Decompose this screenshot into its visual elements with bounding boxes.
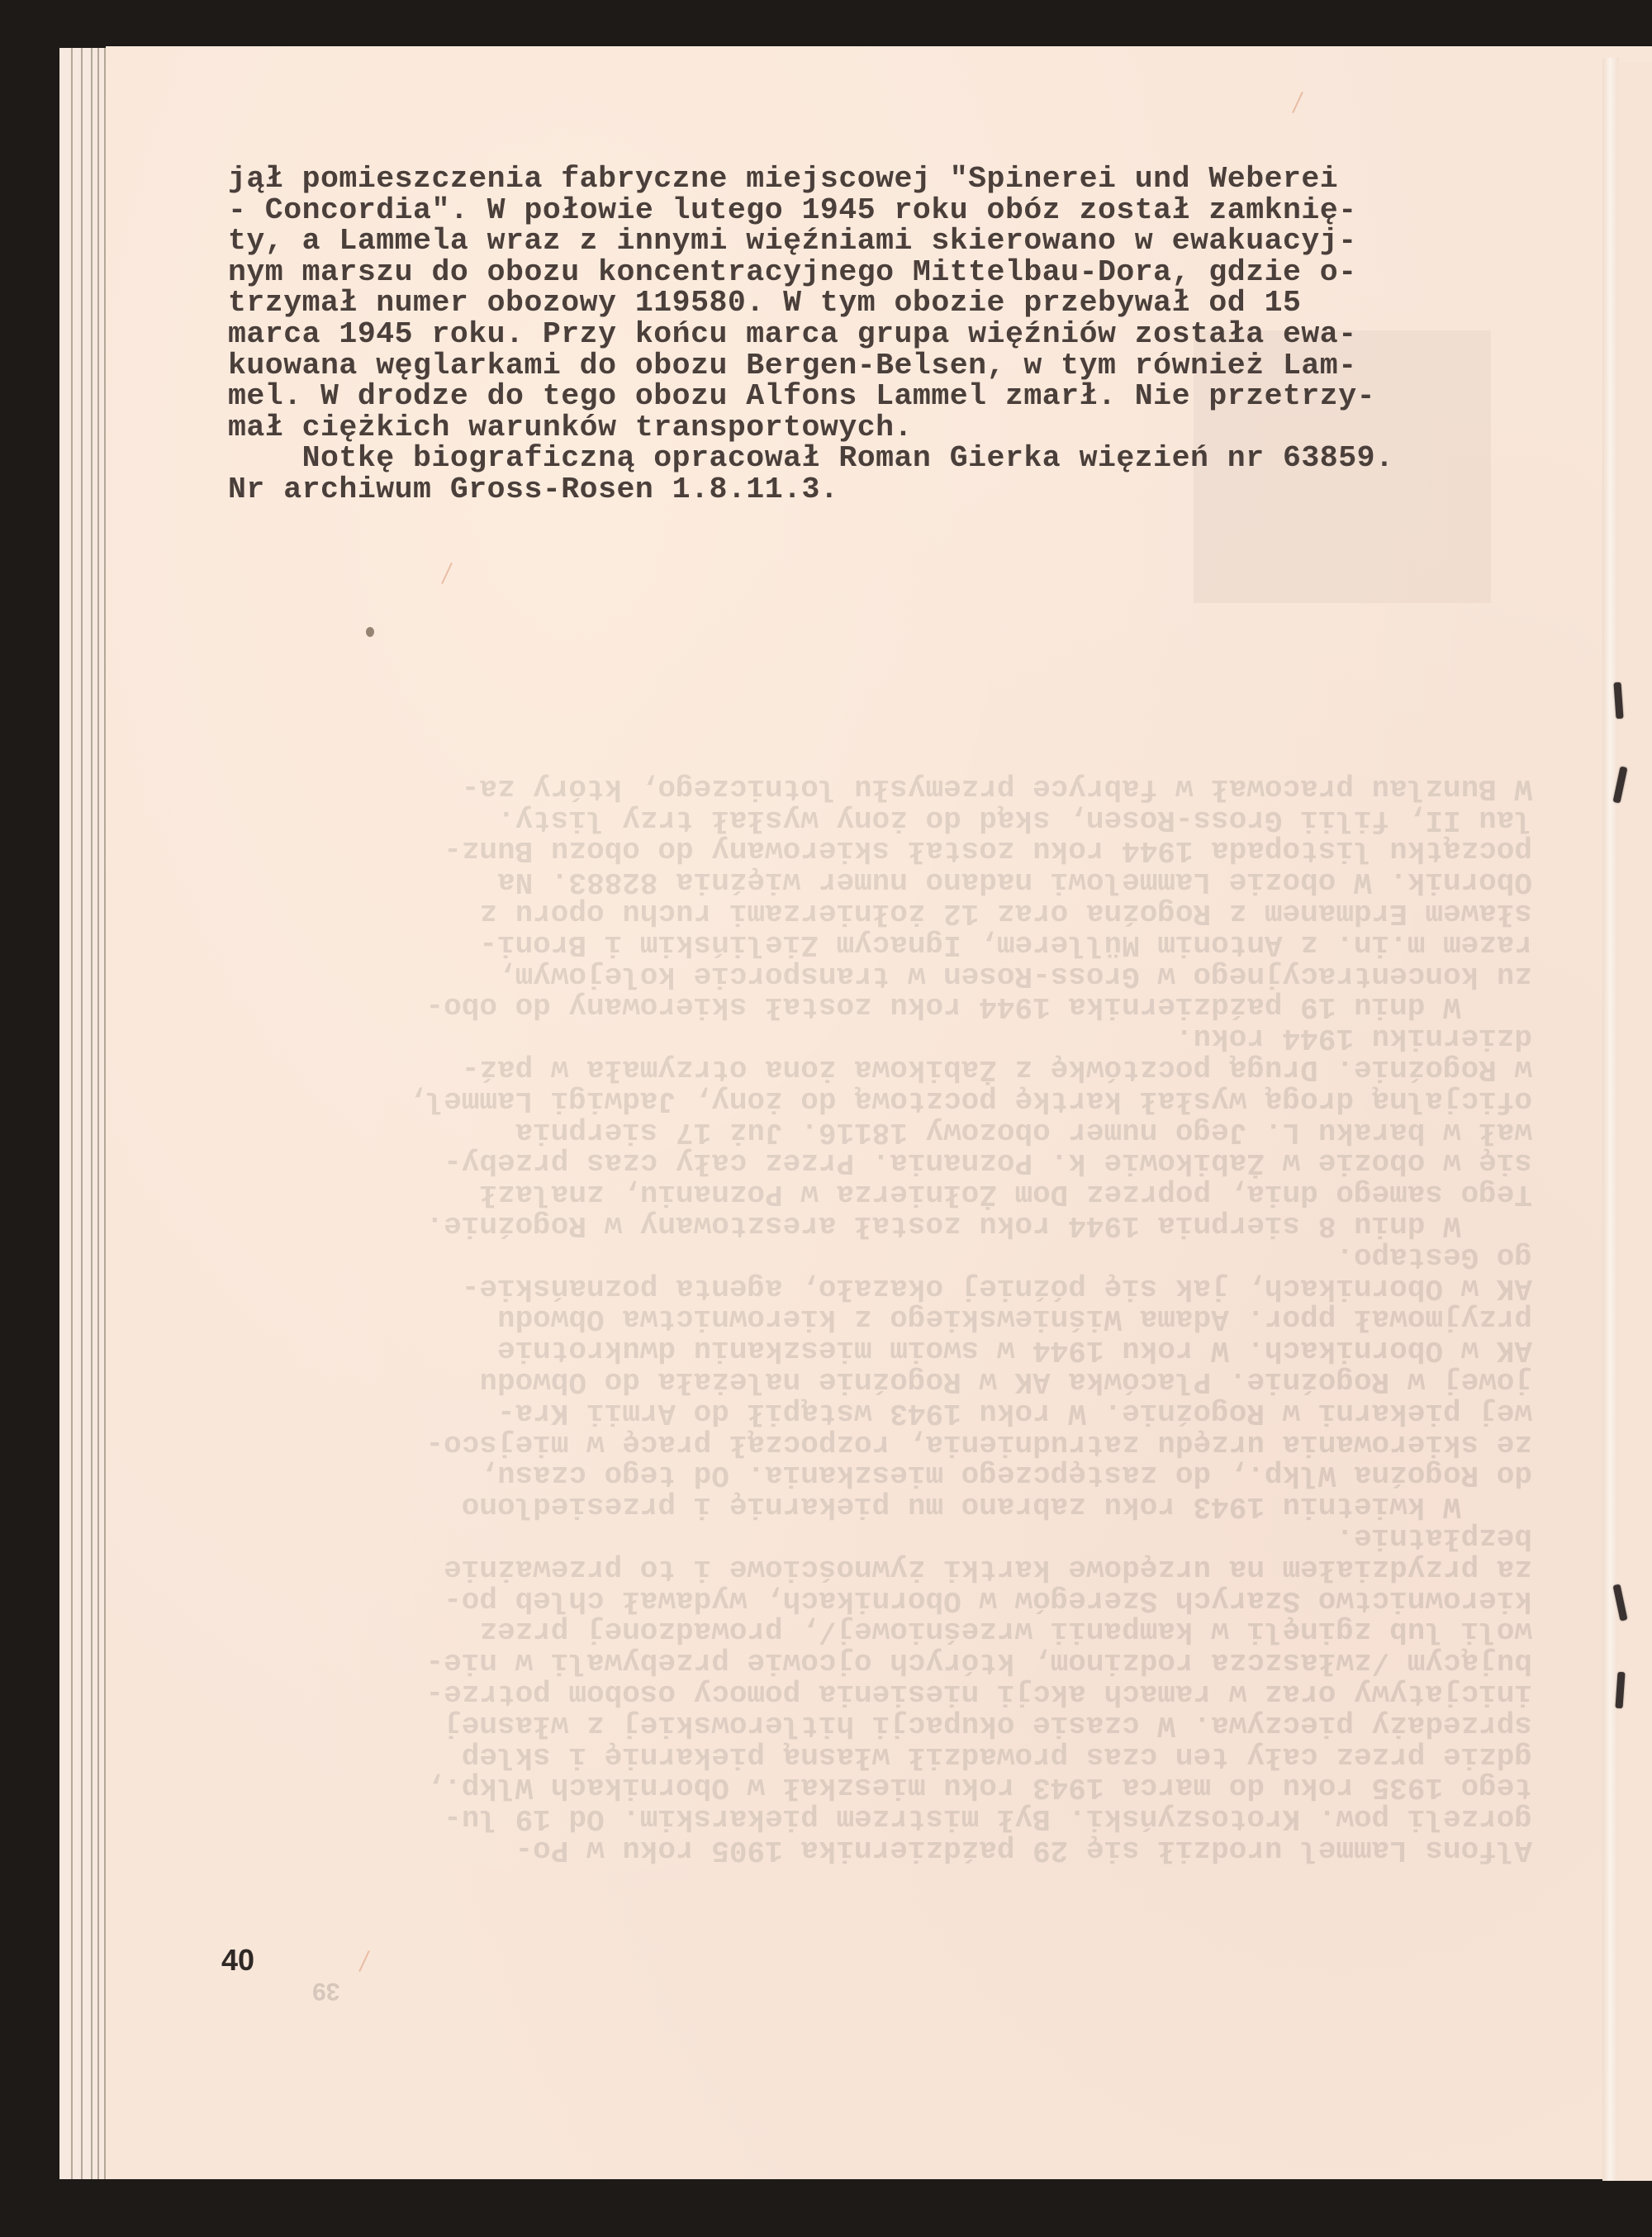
bleed-through-line: początku listopada 1944 roku został skie… <box>219 835 1532 867</box>
text-line: ty, a Lammela wraz z innymi więźniami sk… <box>228 226 1517 257</box>
bleed-through-line: za przydziałem na urzędowe kartki żywnoś… <box>219 1553 1532 1584</box>
bleed-through-line: W dniu 19 października 1944 roku został … <box>219 991 1532 1023</box>
ink-speck <box>366 627 374 637</box>
bleed-through-line: lau II, filii Gross-Rosen, skąd do żony … <box>219 804 1532 835</box>
bleed-through-line: go Gestapo. <box>219 1241 1532 1272</box>
bleed-through-line: bezpłatnie. <box>219 1522 1532 1553</box>
book-spine-gutter <box>1602 58 1619 2181</box>
text-line: nym marszu do obozu koncentracyjnego Mit… <box>228 257 1517 288</box>
bleed-through-line: jowej w Rogoźnie. Placówka AK w Rogoźnie… <box>219 1365 1532 1397</box>
scanned-document: Alfons Lammel urodził się 29 październik… <box>0 0 1652 2237</box>
bleed-through-line: Tego samego dnia, poprzez Dom Żołnierza … <box>219 1178 1532 1209</box>
bleed-through-text: Alfons Lammel urodził się 29 październik… <box>219 772 1532 1865</box>
bleed-through-line: woli lub zginęli w kampanii wrześniowej/… <box>219 1616 1532 1647</box>
document-body: jął pomieszczenia fabryczne miejscowej "… <box>228 164 1517 506</box>
bleed-through-line: bującym /zwłaszcza rodzinom, których ojc… <box>219 1646 1532 1678</box>
bleed-through-line: AK w Obornikach, jak się później okazało… <box>219 1272 1532 1304</box>
bleed-through-line: sprzedaży pieczywa. W czasie okupacji hi… <box>219 1709 1532 1741</box>
bleed-through-line: w Rogoźnie. Drugą pocztówkę z Żabikowa ż… <box>219 1053 1532 1085</box>
bleed-through-line: do Rogoźna Wlkp., do zastępczego mieszka… <box>219 1460 1532 1491</box>
bleed-through-line: przyjmował ppor. Adama Wiśniewskiego z k… <box>219 1304 1532 1335</box>
bleed-through-line: sławem Erdmanem z Rogoźna oraz 12 żołnie… <box>219 897 1532 929</box>
facing-page-edge <box>1617 63 1652 2181</box>
text-line: Notkę biograficzną opracował Roman Gierk… <box>228 443 1517 474</box>
page-edge-line <box>81 48 83 2179</box>
bleed-through-line: W kwietniu 1943 roku zabrano mu piekarni… <box>219 1490 1532 1522</box>
bleed-through-line: dzierniku 1944 roku. <box>219 1022 1532 1053</box>
bleed-through-line: kierownictwo Szarych Szeregów w Obornika… <box>219 1584 1532 1616</box>
bleed-through-line: inicjatywy oraz w ramach akcji niesienia… <box>219 1678 1532 1709</box>
text-line: kuowana węglarkami do obozu Bergen-Belse… <box>228 350 1517 382</box>
ghost-page-number: 39 <box>312 1977 339 2005</box>
bleed-through-line: razem m.in. z Antonim Müllerem, Ignacym … <box>219 929 1532 960</box>
bleed-through-line: wej piekarni w Rogoźnie. W roku 1943 wst… <box>219 1397 1532 1428</box>
bleed-through-line: gorzeli pow. Krotoszyński. Był mistrzem … <box>219 1802 1532 1834</box>
page-stack-edge <box>59 48 109 2179</box>
text-line: trzymał numer obozowy 119580. W tym oboz… <box>228 287 1517 319</box>
text-line: - Concordia". W połowie lutego 1945 roku… <box>228 195 1517 226</box>
text-line: marca 1945 roku. Przy końcu marca grupa … <box>228 319 1517 350</box>
bleed-through-line: W Bunzlau pracował w fabryce przemysłu l… <box>219 772 1532 804</box>
page-number: 40 <box>221 1943 254 1978</box>
bleed-through-line: wał w baraku L. Jego numer obozowy 18116… <box>219 1116 1532 1147</box>
bleed-through-line: tego 1935 roku do marca 1943 roku mieszk… <box>219 1772 1532 1803</box>
bleed-through-line: Alfons Lammel urodził się 29 październik… <box>219 1834 1532 1865</box>
page-edge-line <box>97 48 99 2179</box>
bleed-through-line: ze skierowania urzędu zatrudnienia, rozp… <box>219 1428 1532 1460</box>
text-line: mel. W drodze do tego obozu Alfons Lamme… <box>228 381 1517 412</box>
bleed-through-line: oficjalną drogą wysłał kartkę pocztową d… <box>219 1085 1532 1116</box>
bleed-through-line: W dniu 8 sierpnia 1944 roku został aresz… <box>219 1209 1532 1241</box>
bleed-through-line: Obornik. W obozie Lammelowi nadano numer… <box>219 866 1532 897</box>
bleed-through-line: gdzie przez cały ten czas prowadził włas… <box>219 1741 1532 1772</box>
bleed-through-line: AK w Obornikach. W roku 1944 w swoim mie… <box>219 1334 1532 1365</box>
text-line: Nr archiwum Gross-Rosen 1.8.11.3. <box>228 474 1517 506</box>
text-line: jął pomieszczenia fabryczne miejscowej "… <box>228 164 1517 195</box>
text-line: mał ciężkich warunków transportowych. <box>228 412 1517 444</box>
bleed-through-line: się w obozie w Żabikowie k. Poznania. Pr… <box>219 1147 1532 1179</box>
bleed-through-line: zu koncentracyjnego w Gross-Rosen w tran… <box>219 960 1532 991</box>
page-edge-line <box>91 48 93 2179</box>
page-edge-line <box>71 48 73 2179</box>
